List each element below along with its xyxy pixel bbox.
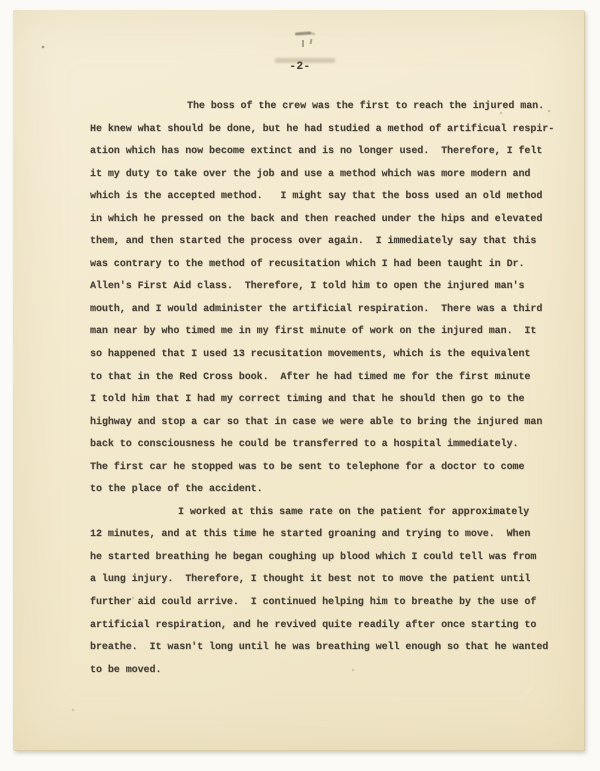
typescript-line: it my duty to take over the job and use … xyxy=(90,164,572,187)
typescript-line: breathe. It wasn't long until he was bre… xyxy=(90,637,572,660)
typescript-body: The boss of the crew was the first to re… xyxy=(90,96,572,682)
ink-smudge-mark xyxy=(295,31,311,35)
typescript-line: a lung injury. Therefore, I thought it b… xyxy=(90,569,572,592)
typescript-line: 12 minutes, and at this time he started … xyxy=(90,524,572,547)
typescript-line: artificial respiration, and he revived q… xyxy=(90,615,572,638)
typescript-line: in which he pressed on the back and then… xyxy=(90,209,572,232)
typescript-line: The first car he stopped was to be sent … xyxy=(90,457,572,480)
typescript-line: was contrary to the method of recusitati… xyxy=(90,254,572,277)
typescript-line: I told him that I had my correct timing … xyxy=(90,389,572,412)
typescript-line: mouth, and I would administer the artifi… xyxy=(90,299,572,322)
typescript-line: ation which has now become extinct and i… xyxy=(90,141,572,164)
ink-smudge-ticks xyxy=(299,39,317,49)
typescript-line: he started breathing he began coughing u… xyxy=(90,547,572,570)
paragraph: I worked at this same rate on the patien… xyxy=(90,502,572,682)
typescript-line: which is the accepted method. I might sa… xyxy=(90,186,572,209)
typescript-line: I worked at this same rate on the patien… xyxy=(90,502,572,525)
typescript-line: to the place of the accident. xyxy=(90,479,572,502)
page-number: -2- xyxy=(250,60,350,74)
typescript-line: back to consciousness he could be transf… xyxy=(90,434,572,457)
typescript-line: them, and then started the process over … xyxy=(90,231,572,254)
typescript-page: -2- The boss of the crew was the first t… xyxy=(13,10,584,750)
typescript-line: highway and stop a car so that in case w… xyxy=(90,412,572,435)
typescript-line: so happened that I used 13 recusitation … xyxy=(90,344,572,367)
typescript-line: man near by who timed me in my first min… xyxy=(90,321,572,344)
typescript-line: Allen's First Aid class. Therefore, I to… xyxy=(90,276,572,299)
typescript-line: to that in the Red Cross book. After he … xyxy=(90,367,572,390)
typescript-line: further aid could arrive. I continued he… xyxy=(90,592,572,615)
typescript-line: The boss of the crew was the first to re… xyxy=(90,96,572,119)
typescript-line: to be moved. xyxy=(90,660,572,683)
typescript-line: He knew what should be done, but he had … xyxy=(90,119,572,142)
paragraph: The boss of the crew was the first to re… xyxy=(90,96,572,502)
